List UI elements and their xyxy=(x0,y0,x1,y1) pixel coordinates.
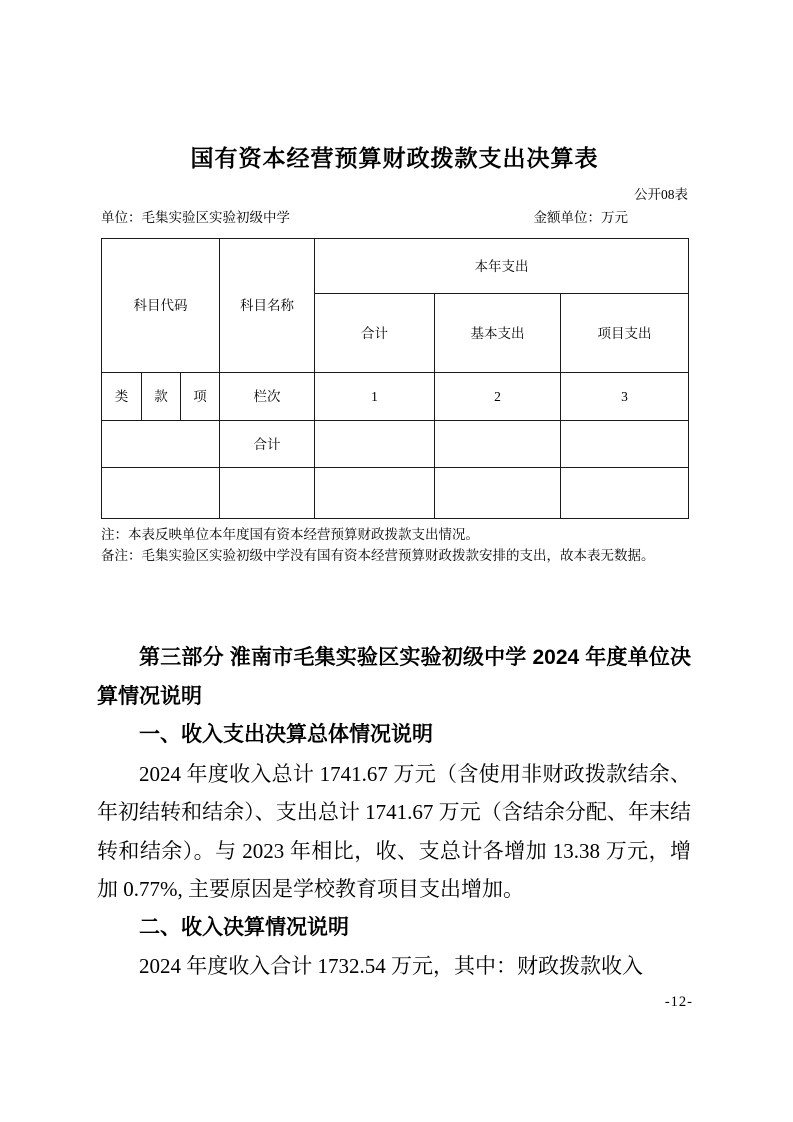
header-current-year-expenditure: 本年支出 xyxy=(315,239,689,294)
header-category: 类 xyxy=(102,373,142,421)
section2-paragraph: 2024 年度收入合计 1732.54 万元，其中：财政拨款收入 xyxy=(97,947,691,986)
document-sheet: 国有资本经营预算财政拨款支出决算表 公开08表 单位：毛集实验区实验初级中学 金… xyxy=(101,0,688,986)
table-notes: 注：本表反映单位本年度国有资本经营预算财政拨款支出情况。 备注：毛集实验区实验初… xyxy=(101,525,688,566)
total-value-cell xyxy=(315,468,435,519)
table-column-index-row: 类 款 项 栏次 1 2 3 xyxy=(102,373,689,421)
basic-value-cell xyxy=(435,468,561,519)
part3-heading: 第三部分 淮南市毛集实验区实验初级中学 2024 年度单位决算情况说明 xyxy=(97,639,691,716)
table-row-total: 合计 xyxy=(102,421,689,468)
table-remark: 备注：毛集实验区实验初级中学没有国有资本经营预算财政拨款安排的支出，故本表无数据… xyxy=(101,546,688,567)
header-basic-expenditure: 基本支出 xyxy=(435,294,561,373)
subject-code-cell xyxy=(102,468,220,519)
header-item: 项 xyxy=(181,373,220,421)
form-tag: 公开08表 xyxy=(101,187,688,202)
amount-unit-label: 金额单位：万元 xyxy=(534,210,689,225)
table-header-row-1: 科目代码 科目名称 本年支出 xyxy=(102,239,689,294)
header-subject-name: 科目名称 xyxy=(220,239,315,373)
unit-label: 单位：毛集实验区实验初级中学 xyxy=(101,210,290,225)
expenditure-table: 科目代码 科目名称 本年支出 合计 基本支出 项目支出 类 款 项 栏次 1 2… xyxy=(101,238,689,519)
subject-name-cell xyxy=(220,468,315,519)
section1-paragraph: 2024 年度收入总计 1741.67 万元（含使用非财政拨款结余、年初结转和结… xyxy=(97,755,691,909)
header-column-label: 栏次 xyxy=(220,373,315,421)
header-section: 款 xyxy=(142,373,181,421)
subject-name-cell: 合计 xyxy=(220,421,315,468)
table-note: 注：本表反映单位本年度国有资本经营预算财政拨款支出情况。 xyxy=(101,525,688,546)
header-project-expenditure: 项目支出 xyxy=(561,294,689,373)
column-index-3: 3 xyxy=(561,373,689,421)
section2-heading: 二、收入决算情况说明 xyxy=(97,909,691,948)
total-value-cell xyxy=(315,421,435,468)
section1-heading: 一、收入支出决算总体情况说明 xyxy=(97,716,691,755)
narrative-section: 第三部分 淮南市毛集实验区实验初级中学 2024 年度单位决算情况说明 一、收入… xyxy=(97,639,691,986)
table-meta-row: 单位：毛集实验区实验初级中学 金额单位：万元 xyxy=(101,210,688,225)
column-index-2: 2 xyxy=(435,373,561,421)
header-total: 合计 xyxy=(315,294,435,373)
page-number: -12- xyxy=(665,994,693,1011)
document-page: 国有资本经营预算财政拨款支出决算表 公开08表 单位：毛集实验区实验初级中学 金… xyxy=(0,0,793,1122)
basic-value-cell xyxy=(435,421,561,468)
project-value-cell xyxy=(561,468,689,519)
page-title: 国有资本经营预算财政拨款支出决算表 xyxy=(101,145,688,171)
subject-code-cell xyxy=(102,421,220,468)
header-subject-code: 科目代码 xyxy=(102,239,220,373)
project-value-cell xyxy=(561,421,689,468)
table-row-empty xyxy=(102,468,689,519)
column-index-1: 1 xyxy=(315,373,435,421)
